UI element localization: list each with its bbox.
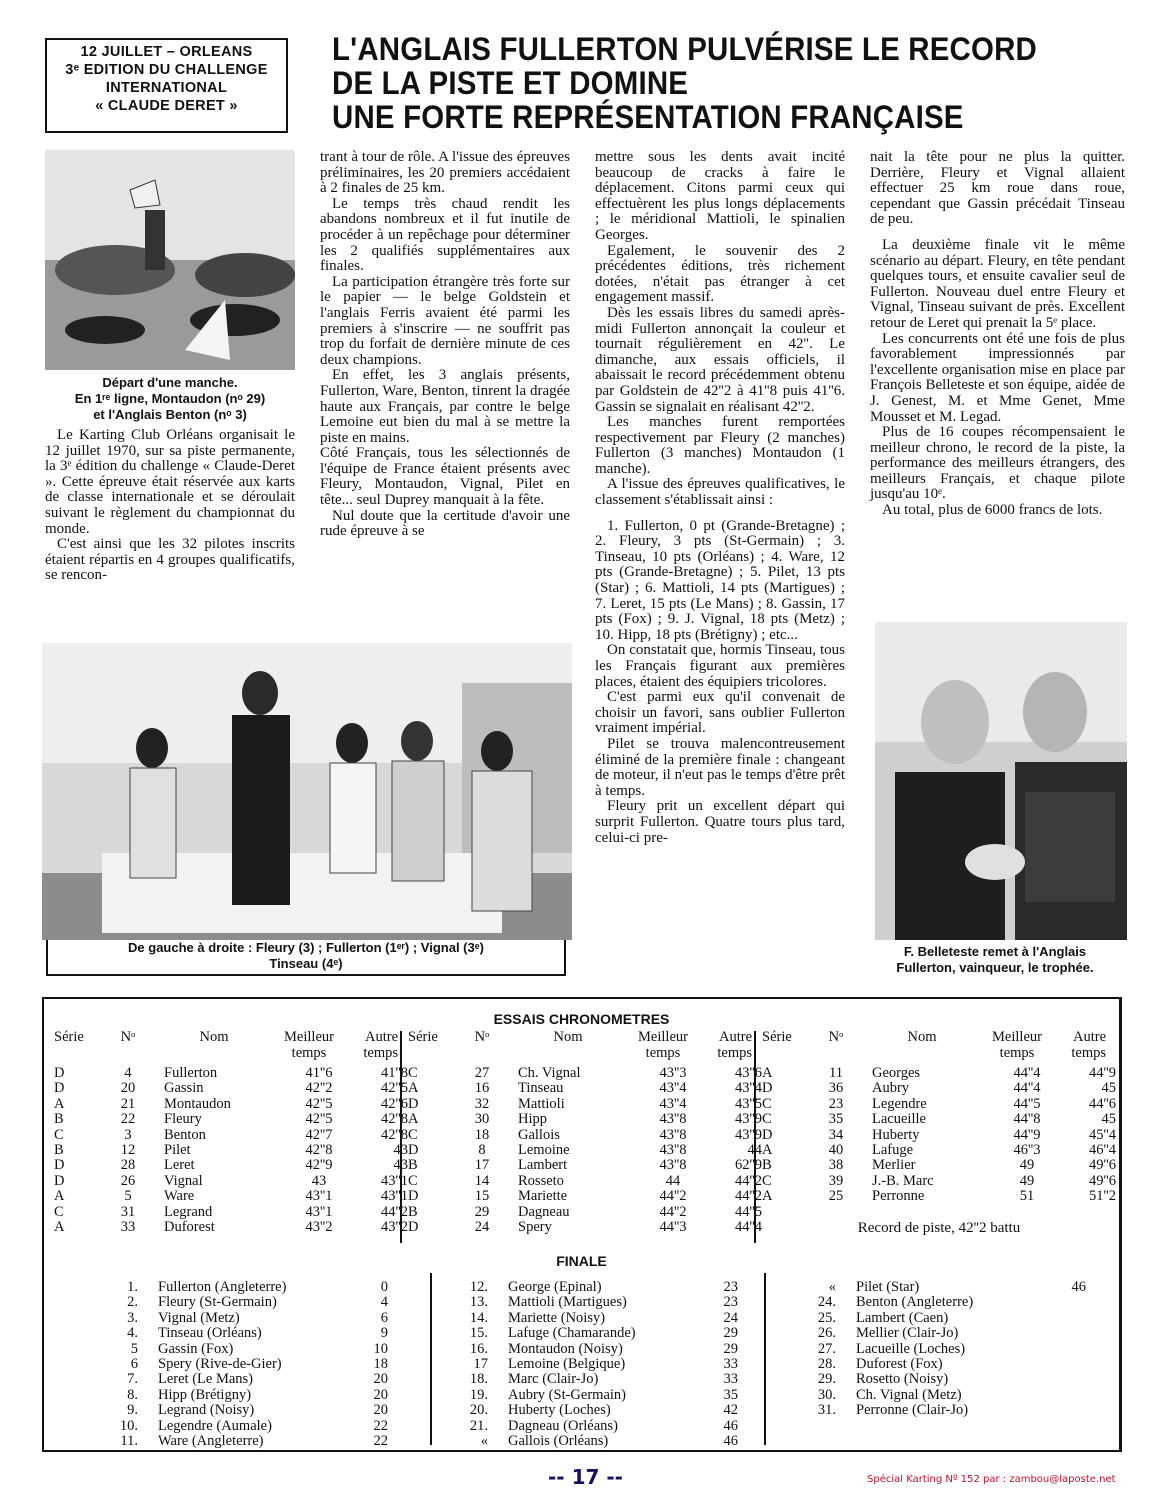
cell-points: 23	[698, 1295, 738, 1310]
cell-nom: Rosseto	[508, 1174, 638, 1189]
list-item: 16.Montaudon (Noisy)29	[444, 1342, 738, 1357]
cell-rank: 6	[94, 1357, 148, 1372]
cell-points	[1046, 1295, 1086, 1310]
cell-rank: 13.	[444, 1295, 498, 1310]
cell-no: 20	[102, 1081, 154, 1096]
header-nom: Nom	[508, 1029, 628, 1066]
cell-nom: Lemoine	[508, 1143, 638, 1158]
cell-points: 46	[698, 1434, 738, 1449]
paragraph: Le Karting Club Orléans organisait le 12…	[45, 428, 295, 537]
cell-rank: 18.	[444, 1372, 498, 1387]
list-item: 4.Tinseau (Orléans)9	[94, 1326, 388, 1341]
cell-no: 29	[456, 1205, 508, 1220]
cell-nom: Merlier	[862, 1158, 992, 1173]
cell-rank: 24.	[792, 1295, 846, 1310]
cell-meilleur: 43''2	[284, 1220, 354, 1235]
cell-serie: D	[762, 1128, 810, 1143]
cell-driver: Dagneau (Orléans)	[498, 1419, 698, 1434]
list-item: 21.Dagneau (Orléans)46	[444, 1419, 738, 1434]
cell-driver: Rosetto (Noisy)	[846, 1372, 1046, 1387]
list-item: 24.Benton (Angleterre)	[792, 1295, 1086, 1310]
cell-nom: J.-B. Marc	[862, 1174, 992, 1189]
cell-meilleur: 44''2	[638, 1205, 708, 1220]
photo-trophy	[875, 622, 1127, 940]
table-row: D34Huberty44''945''4	[762, 1128, 1116, 1143]
caption-trophy: F. Belleteste remet à l'Anglais Fullerto…	[860, 944, 1130, 976]
paragraph: C'est ainsi que les 32 pilotes inscrits …	[45, 537, 295, 584]
cell-meilleur: 43	[284, 1174, 354, 1189]
cell-meilleur: 42''8	[284, 1143, 354, 1158]
cell-driver: Lemoine (Belgique)	[498, 1357, 698, 1372]
cell-driver: Mattioli (Martigues)	[498, 1295, 698, 1310]
cell-serie: D	[54, 1158, 102, 1173]
cell-autre: 51''2	[1062, 1189, 1116, 1204]
cell-serie: D	[408, 1097, 456, 1112]
paragraph: Egalement, le souvenir des 2 précédentes…	[595, 244, 845, 306]
table-row: B22Fleury42''542''8	[54, 1112, 408, 1127]
cell-no: 15	[456, 1189, 508, 1204]
cell-driver: Lafuge (Chamarande)	[498, 1326, 698, 1341]
cell-rank: 19.	[444, 1388, 498, 1403]
table-header: Série Nᵒ Nom Meilleur temps Autre temps	[408, 1029, 762, 1066]
cell-driver: Mariette (Noisy)	[498, 1311, 698, 1326]
list-item: 29.Rosetto (Noisy)	[792, 1372, 1086, 1387]
cell-driver: Leret (Le Mans)	[148, 1372, 348, 1387]
headline: L'ANGLAIS FULLERTON PULVÉRISE LE RECORD …	[332, 32, 1068, 134]
cell-no: 28	[102, 1158, 154, 1173]
list-item: 8.Hipp (Brétigny)20	[94, 1388, 388, 1403]
cell-serie: C	[762, 1097, 810, 1112]
list-item: 25.Lambert (Caen)	[792, 1311, 1086, 1326]
header-no: Nᵒ	[102, 1029, 154, 1066]
record-note: Record de piste, 42''2 battu	[762, 1221, 1116, 1236]
cell-rank: 8.	[94, 1388, 148, 1403]
cell-nom: Gassin	[154, 1081, 284, 1096]
list-item: 3.Vignal (Metz)6	[94, 1311, 388, 1326]
cell-serie: C	[762, 1174, 810, 1189]
cell-no: 27	[456, 1066, 508, 1081]
cell-serie: A	[54, 1189, 102, 1204]
cell-serie: D	[408, 1220, 456, 1235]
cell-meilleur: 41''6	[284, 1066, 354, 1081]
cell-nom: Vignal	[154, 1174, 284, 1189]
list-item: 7.Leret (Le Mans)20	[94, 1372, 388, 1387]
cell-rank: 2.	[94, 1295, 148, 1310]
cell-points: 35	[698, 1388, 738, 1403]
cell-nom: Ware	[154, 1189, 284, 1204]
cell-rank: «	[444, 1434, 498, 1449]
cell-points	[1046, 1357, 1086, 1372]
cell-no: 25	[810, 1189, 862, 1204]
cell-points: 10	[348, 1342, 388, 1357]
table-row: C23Legendre44''544''6	[762, 1097, 1116, 1112]
cell-points: 33	[698, 1357, 738, 1372]
cell-no: 5	[102, 1189, 154, 1204]
header-autre: Autre temps	[344, 1029, 398, 1066]
caption-line: et l'Anglais Benton (nᵒ 3)	[45, 407, 295, 423]
cell-no: 8	[456, 1143, 508, 1158]
cell-nom: Pilet	[154, 1143, 284, 1158]
cell-serie: A	[762, 1066, 810, 1081]
cell-meilleur: 46''3	[992, 1143, 1062, 1158]
paragraph: La participation étrangère très forte su…	[320, 275, 570, 369]
headline-line: DE LA PISTE ET DOMINE	[332, 66, 1068, 100]
header-autre: Autre temps	[1052, 1029, 1106, 1066]
table-row: A33Duforest43''243''2	[54, 1220, 408, 1235]
cell-serie: B	[408, 1158, 456, 1173]
cell-rank: 10.	[94, 1419, 148, 1434]
cell-meilleur: 43''4	[638, 1081, 708, 1096]
paragraph: En effet, les 3 anglais présents, Fuller…	[320, 368, 570, 446]
finale-list-2: 12.George (Epinal)2313.Mattioli (Martigu…	[444, 1280, 738, 1449]
cell-driver: George (Epinal)	[498, 1280, 698, 1295]
list-item: «Pilet (Star)46	[792, 1280, 1086, 1295]
table-row: B12Pilet42''843	[54, 1143, 408, 1158]
table-row: B38Merlier4949''6	[762, 1158, 1116, 1173]
cell-rank: 12.	[444, 1280, 498, 1295]
column-divider	[400, 1031, 402, 1243]
cell-no: 12	[102, 1143, 154, 1158]
cell-rank: 9.	[94, 1403, 148, 1418]
page-number: -- 17 --	[548, 1465, 623, 1489]
cell-nom: Aubry	[862, 1081, 992, 1096]
header-autre: Autre temps	[698, 1029, 752, 1066]
caption-line: De gauche à droite : Fleury (3) ; Fuller…	[52, 940, 560, 956]
paragraph: Pilet se trouva malencontreusement élimi…	[595, 737, 845, 799]
table-row: B17Lambert43''862''9	[408, 1158, 762, 1173]
cell-meilleur: 42''5	[284, 1097, 354, 1112]
paragraph: Le temps très chaud rendit les abandons …	[320, 197, 570, 275]
list-item: 27.Lacueille (Loches)	[792, 1342, 1086, 1357]
kicker-line: 12 JUILLET – ORLEANS	[47, 43, 286, 61]
header-nom: Nom	[154, 1029, 274, 1066]
cell-autre: 44''6	[1062, 1097, 1116, 1112]
cell-meilleur: 43''4	[638, 1097, 708, 1112]
cell-no: 32	[456, 1097, 508, 1112]
cell-points: 18	[348, 1357, 388, 1372]
cell-nom: Duforest	[154, 1220, 284, 1235]
cell-no: 14	[456, 1174, 508, 1189]
table-body: A11Georges44''444''9D36Aubry44''445C23Le…	[762, 1066, 1116, 1205]
cell-nom: Leret	[154, 1158, 284, 1173]
cell-meilleur: 43''8	[638, 1128, 708, 1143]
caption-podium: De gauche à droite : Fleury (3) ; Fuller…	[46, 940, 566, 976]
essais-title: ESSAIS CHRONOMETRES	[44, 1011, 1119, 1027]
cell-no: 17	[456, 1158, 508, 1173]
cell-no: 33	[102, 1220, 154, 1235]
caption-line: Fullerton, vainqueur, le trophée.	[860, 960, 1130, 976]
cell-nom: Legendre	[862, 1097, 992, 1112]
cell-points: 22	[348, 1419, 388, 1434]
cell-autre: 49''6	[1062, 1158, 1116, 1173]
cell-meilleur: 42''9	[284, 1158, 354, 1173]
cell-nom: Lambert	[508, 1158, 638, 1173]
cell-serie: B	[54, 1143, 102, 1158]
paragraph: Fleury prit un excellent départ qui surp…	[595, 799, 845, 846]
cell-points: 42	[698, 1403, 738, 1418]
table-row: A25Perronne5151''2	[762, 1189, 1116, 1204]
list-item: 12.George (Epinal)23	[444, 1280, 738, 1295]
cell-points: 33	[698, 1372, 738, 1387]
cell-rank: 4.	[94, 1326, 148, 1341]
cell-nom: Georges	[862, 1066, 992, 1081]
list-item: 17Lemoine (Belgique)33	[444, 1357, 738, 1372]
table-row: D8Lemoine43''844	[408, 1143, 762, 1158]
cell-serie: A	[408, 1112, 456, 1127]
cell-meilleur: 44''2	[638, 1189, 708, 1204]
table-row: D4Fullerton41''641''8	[54, 1066, 408, 1081]
cell-rank: 30.	[792, 1388, 846, 1403]
table-row: D15Mariette44''244''2	[408, 1189, 762, 1204]
cell-serie: D	[54, 1174, 102, 1189]
results-box: ESSAIS CHRONOMETRES Série Nᵒ Nom Meilleu…	[42, 997, 1122, 1452]
table-row: C3Benton42''742''8	[54, 1128, 408, 1143]
table-row: D36Aubry44''445	[762, 1081, 1116, 1096]
cell-rank: 14.	[444, 1311, 498, 1326]
cell-nom: Gallois	[508, 1128, 638, 1143]
essais-table-3: Série Nᵒ Nom Meilleur temps Autre temps …	[762, 1029, 1116, 1236]
cell-points	[1046, 1372, 1086, 1387]
table-row: D26Vignal4343''1	[54, 1174, 408, 1189]
cell-rank: 27.	[792, 1342, 846, 1357]
paragraph: Plus de 16 coupes récompensaient le meil…	[870, 425, 1125, 503]
table-row: B29Dagneau44''244''5	[408, 1205, 762, 1220]
cell-no: 26	[102, 1174, 154, 1189]
kicker-box: 12 JUILLET – ORLEANS 3ᵉ EDITION DU CHALL…	[45, 38, 288, 133]
cell-meilleur: 42''5	[284, 1112, 354, 1127]
cell-autre: 45	[1062, 1112, 1116, 1127]
cell-meilleur: 44''4	[992, 1066, 1062, 1081]
table-header: Série Nᵒ Nom Meilleur temps Autre temps	[762, 1029, 1116, 1066]
header-meilleur: Meilleur temps	[274, 1029, 344, 1066]
cell-rank: 20.	[444, 1403, 498, 1418]
cell-driver: Ch. Vignal (Metz)	[846, 1388, 1046, 1403]
cell-rank: 1.	[94, 1280, 148, 1295]
cell-nom: Ch. Vignal	[508, 1066, 638, 1081]
cell-meilleur: 43''3	[638, 1066, 708, 1081]
finale-title: FINALE	[44, 1253, 1119, 1269]
cell-driver: Marc (Clair-Jo)	[498, 1372, 698, 1387]
paragraph: Les concurrents ont été une fois de plus…	[870, 332, 1125, 426]
paragraph: Nul doute que la certitude d'avoir une r…	[320, 509, 570, 540]
cell-serie: C	[54, 1205, 102, 1220]
cell-no: 39	[810, 1174, 862, 1189]
cell-no: 24	[456, 1220, 508, 1235]
paragraph: On constatait que, hormis Tinseau, tous …	[595, 643, 845, 690]
table-row: A21Montaudon42''542''6	[54, 1097, 408, 1112]
list-item: 30.Ch. Vignal (Metz)	[792, 1388, 1086, 1403]
list-item: 9.Legrand (Noisy)20	[94, 1403, 388, 1418]
cell-autre: 46''4	[1062, 1143, 1116, 1158]
cell-rank: 26.	[792, 1326, 846, 1341]
header-meilleur: Meilleur temps	[982, 1029, 1052, 1066]
cell-no: 34	[810, 1128, 862, 1143]
essais-table-1: Série Nᵒ Nom Meilleur temps Autre temps …	[54, 1029, 408, 1235]
headline-line: UNE FORTE REPRÉSENTATION FRANÇAISE	[332, 100, 1068, 134]
cell-points	[1046, 1311, 1086, 1326]
caption-line: Départ d'une manche.	[45, 375, 295, 391]
cell-rank: 3.	[94, 1311, 148, 1326]
column-divider	[764, 1273, 766, 1445]
cell-serie: A	[762, 1189, 810, 1204]
cell-points: 20	[348, 1403, 388, 1418]
table-row: C18Gallois43''843''9	[408, 1128, 762, 1143]
qualifying-standings: 1. Fullerton, 0 pt (Grande-Bretagne) ; 2…	[595, 519, 845, 644]
cell-meilleur: 44''4	[992, 1081, 1062, 1096]
cell-no: 30	[456, 1112, 508, 1127]
finale-list-1: 1.Fullerton (Angleterre)02.Fleury (St-Ge…	[94, 1280, 388, 1449]
cell-rank: 17	[444, 1357, 498, 1372]
cell-driver: Lambert (Caen)	[846, 1311, 1046, 1326]
cell-nom: Huberty	[862, 1128, 992, 1143]
list-item: 1.Fullerton (Angleterre)0	[94, 1280, 388, 1295]
header-no: Nᵒ	[810, 1029, 862, 1066]
paragraph: nait la tête pour ne plus la quitter. De…	[870, 150, 1125, 228]
cell-driver: Legrand (Noisy)	[148, 1403, 348, 1418]
cell-driver: Gassin (Fox)	[148, 1342, 348, 1357]
list-item: 26.Mellier (Clair-Jo)	[792, 1326, 1086, 1341]
cell-points: 9	[348, 1326, 388, 1341]
cell-meilleur: 51	[992, 1189, 1062, 1204]
cell-serie: D	[408, 1189, 456, 1204]
paragraph: A l'issue des épreuves qualificatives, l…	[595, 477, 845, 508]
list-item: 11.Ware (Angleterre)22	[94, 1434, 388, 1449]
cell-driver: Fleury (St-Germain)	[148, 1295, 348, 1310]
cell-points: 29	[698, 1342, 738, 1357]
cell-autre: 49''6	[1062, 1174, 1116, 1189]
cell-points: 20	[348, 1372, 388, 1387]
cell-autre: 45	[1062, 1081, 1116, 1096]
cell-meilleur: 42''7	[284, 1128, 354, 1143]
cell-rank: 31.	[792, 1403, 846, 1418]
table-header: Série Nᵒ Nom Meilleur temps Autre temps	[54, 1029, 408, 1066]
cell-driver: Pilet (Star)	[846, 1280, 1046, 1295]
cell-driver: Vignal (Metz)	[148, 1311, 348, 1326]
cell-rank: 29.	[792, 1372, 846, 1387]
cell-no: 22	[102, 1112, 154, 1127]
list-item: 13.Mattioli (Martigues)23	[444, 1295, 738, 1310]
cell-nom: Spery	[508, 1220, 638, 1235]
cell-points: 23	[698, 1280, 738, 1295]
cell-meilleur: 49	[992, 1158, 1062, 1173]
cell-points: 22	[348, 1434, 388, 1449]
paragraph: C'est parmi eux qu'il convenait de chois…	[595, 690, 845, 737]
cell-serie: B	[54, 1112, 102, 1127]
article-column-3: mettre sous les dents avait incité beauc…	[595, 150, 845, 846]
cell-rank: «	[792, 1280, 846, 1295]
table-row: A11Georges44''444''9	[762, 1066, 1116, 1081]
cell-nom: Tinseau	[508, 1081, 638, 1096]
cell-driver: Spery (Rive-de-Gier)	[148, 1357, 348, 1372]
cell-no: 11	[810, 1066, 862, 1081]
photo-race-start	[45, 150, 295, 370]
cell-nom: Montaudon	[154, 1097, 284, 1112]
cell-serie: A	[54, 1220, 102, 1235]
cell-nom: Hipp	[508, 1112, 638, 1127]
article-column-1: Le Karting Club Orléans organisait le 12…	[45, 428, 295, 584]
cell-driver: Fullerton (Angleterre)	[148, 1280, 348, 1295]
cell-driver: Duforest (Fox)	[846, 1357, 1046, 1372]
cell-points	[1046, 1388, 1086, 1403]
cell-driver: Benton (Angleterre)	[846, 1295, 1046, 1310]
cell-autre: 45''4	[1062, 1128, 1116, 1143]
cell-rank: 5	[94, 1342, 148, 1357]
cell-no: 38	[810, 1158, 862, 1173]
cell-meilleur: 44''8	[992, 1112, 1062, 1127]
cell-serie: A	[762, 1143, 810, 1158]
article-column-4: nait la tête pour ne plus la quitter. De…	[870, 150, 1125, 519]
cell-driver: Aubry (St-Germain)	[498, 1388, 698, 1403]
table-row: A40Lafuge46''346''4	[762, 1143, 1116, 1158]
cell-points: 0	[348, 1280, 388, 1295]
cell-rank: 16.	[444, 1342, 498, 1357]
cell-points: 20	[348, 1388, 388, 1403]
cell-meilleur: 43''8	[638, 1112, 708, 1127]
cell-no: 18	[456, 1128, 508, 1143]
cell-serie: C	[54, 1128, 102, 1143]
cell-serie: A	[408, 1081, 456, 1096]
photo-podium	[42, 643, 572, 940]
cell-driver: Hipp (Brétigny)	[148, 1388, 348, 1403]
cell-no: 35	[810, 1112, 862, 1127]
cell-meilleur: 43''8	[638, 1158, 708, 1173]
column-divider	[754, 1031, 756, 1243]
paragraph: Au total, plus de 6000 francs de lots.	[870, 503, 1125, 519]
cell-meilleur: 43''1	[284, 1205, 354, 1220]
cell-serie: C	[408, 1128, 456, 1143]
table-row: D28Leret42''943	[54, 1158, 408, 1173]
cell-nom: Legrand	[154, 1205, 284, 1220]
cell-driver: Mellier (Clair-Jo)	[846, 1326, 1046, 1341]
cell-driver: Gallois (Orléans)	[498, 1434, 698, 1449]
cell-points: 29	[698, 1326, 738, 1341]
column-divider	[430, 1273, 432, 1445]
cell-rank: 25.	[792, 1311, 846, 1326]
kicker-line: INTERNATIONAL	[47, 79, 286, 97]
header-nom: Nom	[862, 1029, 982, 1066]
table-row: A30Hipp43''843''9	[408, 1112, 762, 1127]
header-no: Nᵒ	[456, 1029, 508, 1066]
cell-rank: 28.	[792, 1357, 846, 1372]
kicker-line: 3ᵉ EDITION DU CHALLENGE	[47, 61, 286, 79]
cell-no: 40	[810, 1143, 862, 1158]
cell-meilleur: 44''9	[992, 1128, 1062, 1143]
list-item: «Gallois (Orléans)46	[444, 1434, 738, 1449]
cell-driver: Huberty (Loches)	[498, 1403, 698, 1418]
table-row: C14Rosseto4444''2	[408, 1174, 762, 1189]
cell-driver: Legendre (Aumale)	[148, 1419, 348, 1434]
cell-serie: D	[54, 1066, 102, 1081]
cell-meilleur: 44''5	[992, 1097, 1062, 1112]
cell-meilleur: 42''2	[284, 1081, 354, 1096]
paragraph: Côté Français, tous les sélectionnés de …	[320, 446, 570, 508]
cell-driver: Perronne (Clair-Jo)	[846, 1403, 1046, 1418]
cell-meilleur: 43''8	[638, 1143, 708, 1158]
cell-serie: B	[408, 1205, 456, 1220]
caption-line: En 1ʳᵉ ligne, Montaudon (nᵒ 29)	[45, 391, 295, 407]
paragraph: Dès les essais libres du samedi après-mi…	[595, 306, 845, 415]
cell-serie: D	[762, 1081, 810, 1096]
cell-driver: Ware (Angleterre)	[148, 1434, 348, 1449]
table-row: D32Mattioli43''443''5	[408, 1097, 762, 1112]
cell-points: 6	[348, 1311, 388, 1326]
list-item: 10.Legendre (Aumale)22	[94, 1419, 388, 1434]
cell-serie: A	[54, 1097, 102, 1112]
cell-no: 4	[102, 1066, 154, 1081]
cell-meilleur: 44	[638, 1174, 708, 1189]
cell-no: 23	[810, 1097, 862, 1112]
cell-nom: Benton	[154, 1128, 284, 1143]
